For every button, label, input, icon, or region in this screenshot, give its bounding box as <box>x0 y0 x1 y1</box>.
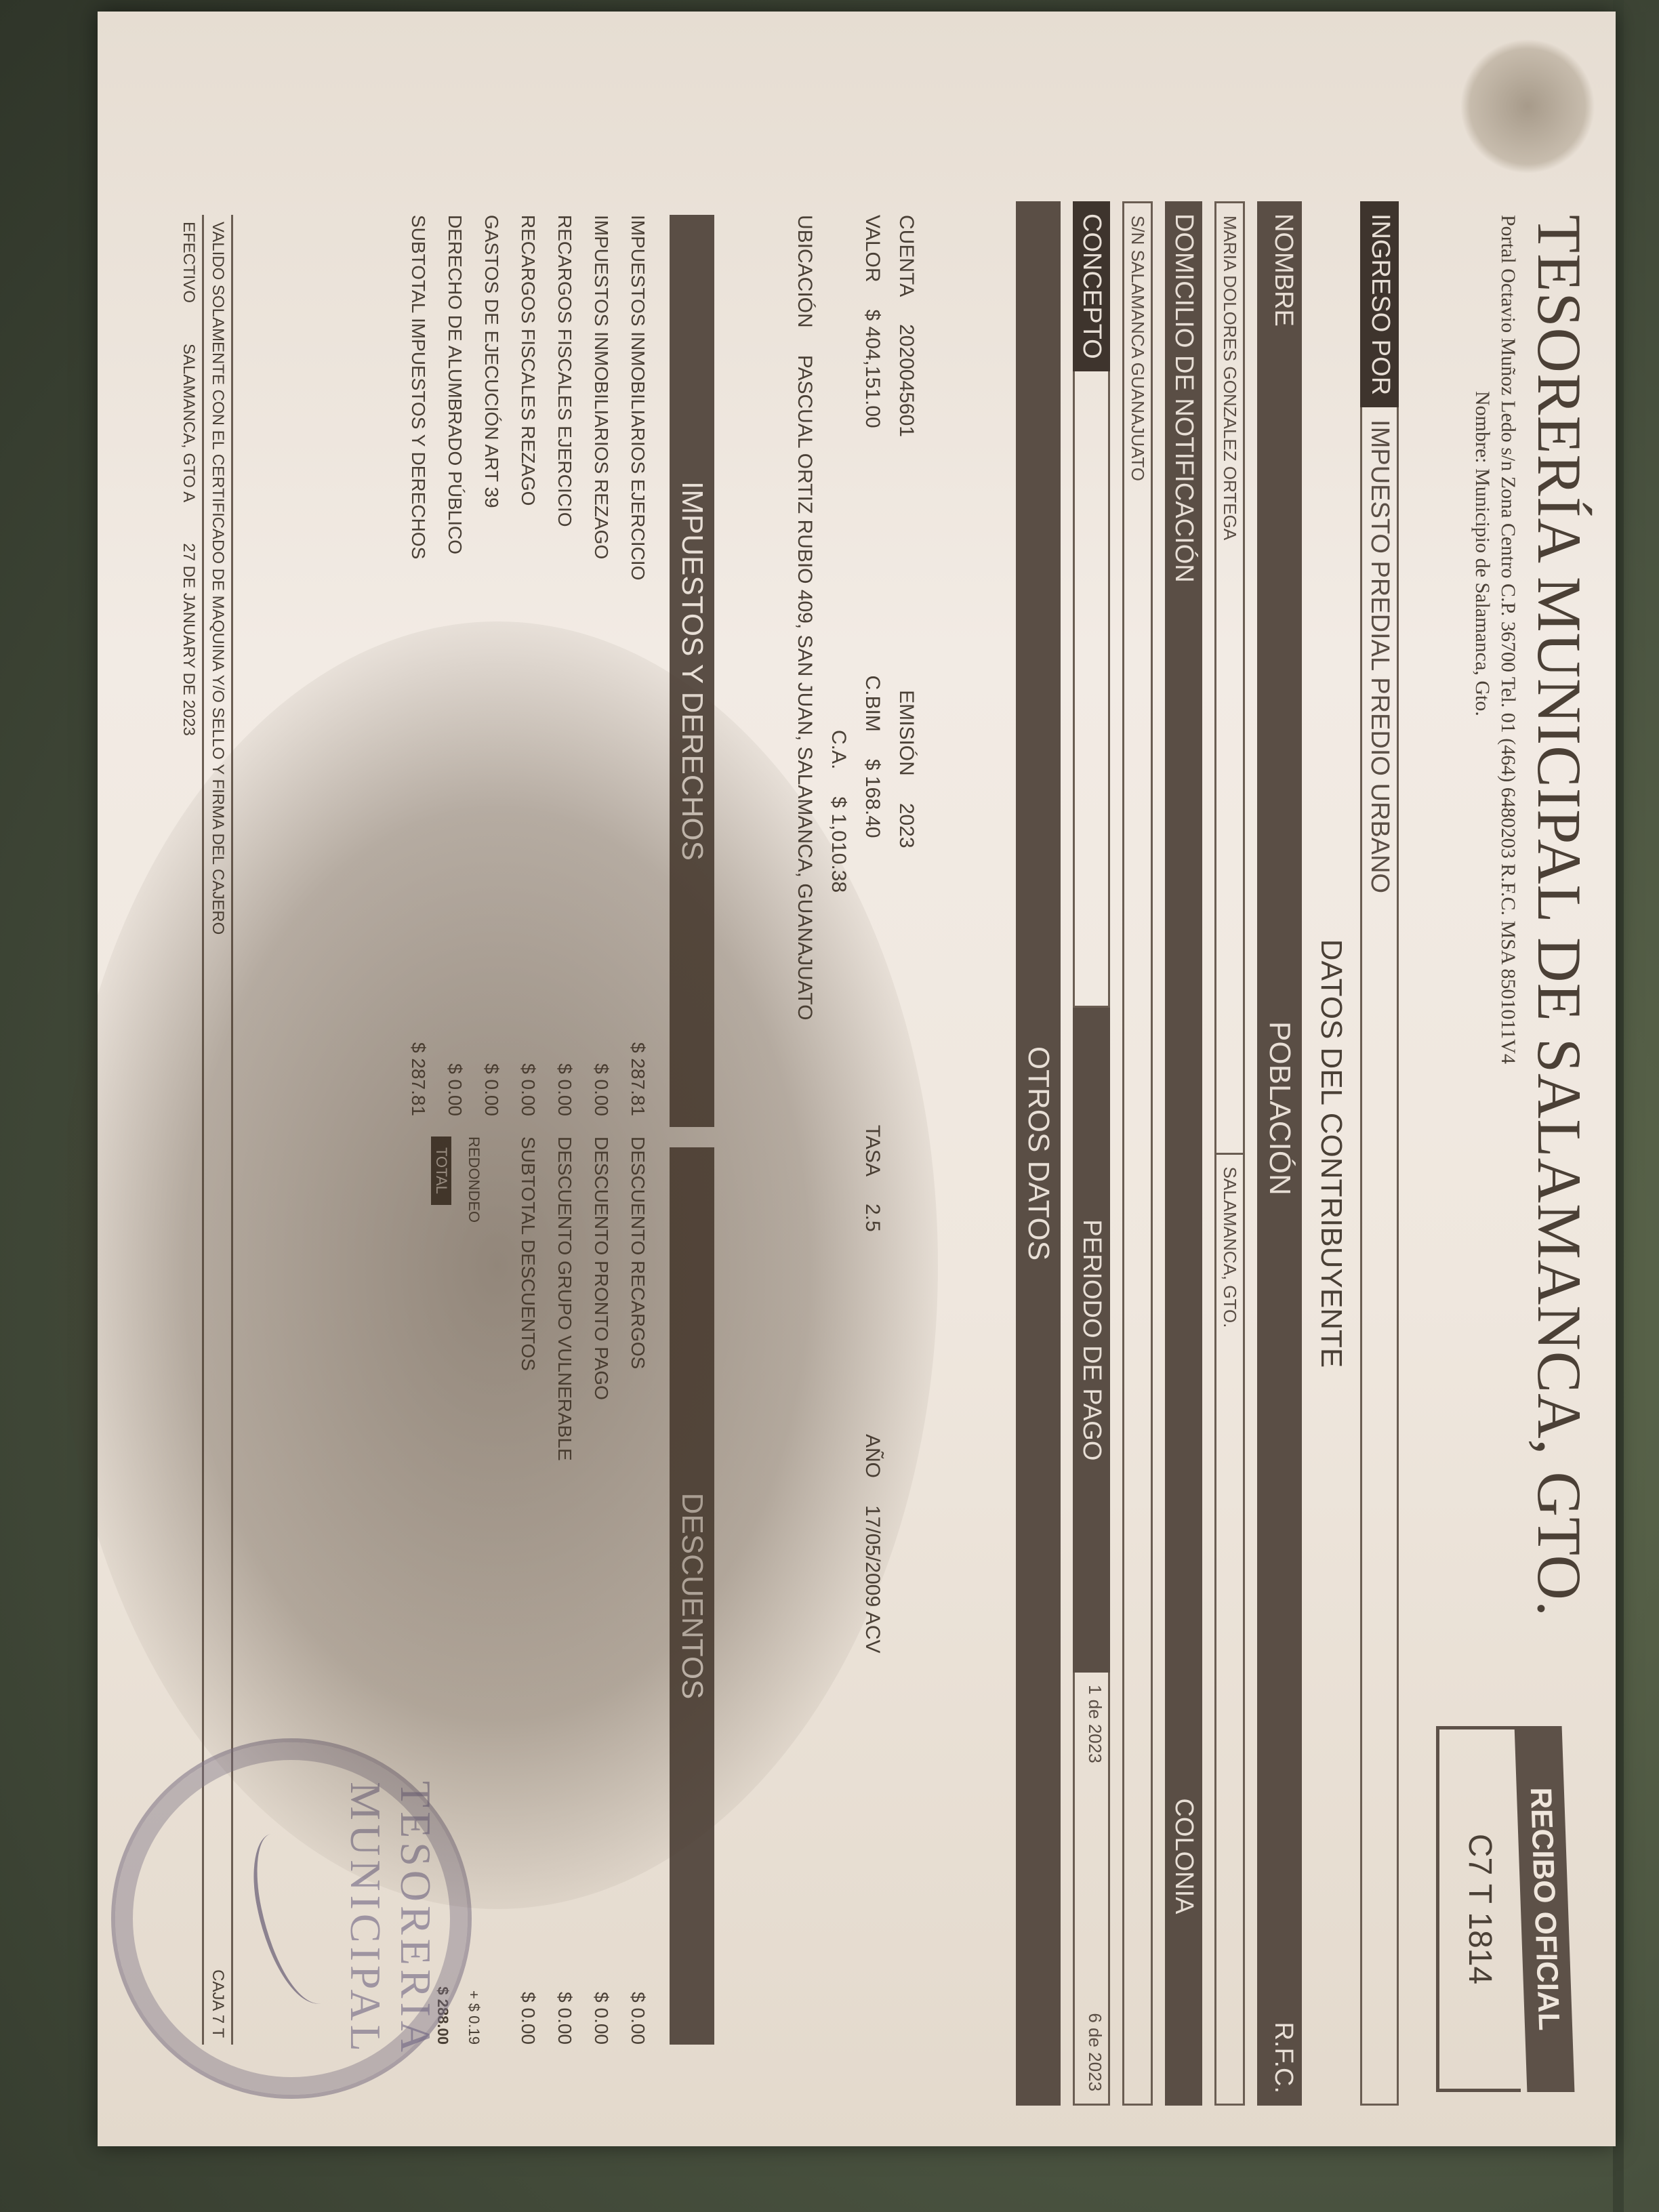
line-item-value: $ 287.81 <box>407 1042 429 1116</box>
receipt-sheet: TESORERÍA MUNICIPAL DE SALAMANCA, GTO. P… <box>98 12 1616 2146</box>
line-item-label: DESCUENTO GRUPO VULNERABLE <box>554 1136 575 1461</box>
taxpayer-form: INGRESO POR IMPUESTO PREDIAL PREDIO URBA… <box>1004 201 1399 2106</box>
validez-text: VALIDO SOLAMENTE CON EL CERTIFICADO DE M… <box>208 222 227 935</box>
ano-label: AÑO <box>861 1434 884 1478</box>
rfc-label: R.F.C. <box>1257 1878 1302 2106</box>
domicilio-row: DOMICILIO DE NOTIFICACIÓN COLONIA <box>1165 201 1202 2106</box>
receipt-label: RECIBO OFICIAL <box>1515 1726 1575 2092</box>
concepto-label: CONCEPTO <box>1073 201 1110 371</box>
valor-label: VALOR <box>861 215 884 282</box>
line-item-value: $ 0.00 <box>480 1063 502 1116</box>
line-item: DESCUENTO PRONTO PAGO$ 0.00 <box>583 1136 619 2045</box>
line-item-label: RECARGOS FISCALES REZAGO <box>517 215 539 506</box>
nombre-values-row: MARIA DOLORES GONZALEZ ORTEGA SALAMANCA,… <box>1214 201 1245 2106</box>
line-item: SUBTOTAL DESCUENTOS$ 0.00 <box>510 1136 546 2045</box>
receipt-header: TESORERÍA MUNICIPAL DE SALAMANCA, GTO. P… <box>1471 215 1595 1617</box>
redondeo-value: + $ 0.19 <box>465 1990 483 2045</box>
ca-value: $ 1,010.38 <box>827 796 850 893</box>
line-item-value: $ 0.00 <box>554 1992 575 2045</box>
redondeo-label: REDONDEO <box>465 1136 483 1223</box>
line-item-label: SUBTOTAL DESCUENTOS <box>517 1136 539 1371</box>
domicilio-label: DOMICILIO DE NOTIFICACIÓN <box>1165 201 1202 1607</box>
tasa-value: 2.5 <box>861 1204 884 1407</box>
forma-pago: EFECTIVO <box>179 222 198 303</box>
ingreso-row: INGRESO POR IMPUESTO PREDIAL PREDIO URBA… <box>1360 201 1399 2106</box>
total-label: TOTAL <box>431 1136 451 1205</box>
receipt-number-box: RECIBO OFICIAL C7 T 1814 <box>1436 1726 1568 2092</box>
seal-text: TESORERIA MUNICIPAL <box>340 1742 441 2095</box>
ubicacion-value: PASCUAL ORTIZ RUBIO 409, SAN JUAN, SALAM… <box>793 355 816 1021</box>
emision-label: EMISIÓN <box>895 690 918 776</box>
periodo-hasta: 6 de 2023 <box>1078 2013 1105 2091</box>
line-item-label: DESCUENTO PRONTO PAGO <box>590 1136 612 1400</box>
periodo-label: PERIODO DE PAGO <box>1073 1008 1110 1673</box>
periodo-desde: 1 de 2023 <box>1078 1685 1105 1763</box>
otros-datos-title: OTROS DATOS <box>1016 201 1061 2106</box>
descuentos-title: DESCUENTOS <box>670 1147 714 2045</box>
line-item-value: $ 0.00 <box>627 1992 649 2045</box>
impuestos-list: IMPUESTOS INMOBILIARIOS EJERCICIO$ 287.8… <box>400 215 656 1116</box>
receipt-number: C7 T 1814 <box>1436 1726 1521 2092</box>
poblacion-label: POBLACIÓN <box>1257 339 1302 1878</box>
line-item: DERECHO DE ALUMBRADO PÚBLICO$ 0.00 <box>436 215 473 1116</box>
ano-value: 17/05/2009 ACV <box>861 1505 884 1654</box>
treasury-title: TESORERÍA MUNICIPAL DE SALAMANCA, GTO. <box>1523 215 1595 1617</box>
colonia-label: COLONIA <box>1165 1607 1202 2106</box>
domicilio-value: S/N SALAMANCA GUANAJUATO <box>1122 201 1153 2106</box>
signature-mark <box>243 1825 350 2012</box>
line-item-label: GASTOS DE EJECUCIÓN ART 39 <box>480 215 502 508</box>
line-item: IMPUESTOS INMOBILIARIOS REZAGO$ 0.00 <box>583 215 619 1116</box>
valor-value: $ 404,151.00 <box>861 309 884 648</box>
nombre-value: MARIA DOLORES GONZALEZ ORTEGA <box>1214 201 1245 1155</box>
line-item-value: $ 0.00 <box>554 1063 575 1116</box>
otros-datos-row: OTROS DATOS <box>1016 201 1061 2106</box>
name-line: Nombre: Municipio de Salamanca, Gto. <box>1471 391 1494 1617</box>
cuenta-value: 2020045601 <box>895 324 918 663</box>
line-item-label: SUBTOTAL IMPUESTOS Y DERECHOS <box>407 215 429 559</box>
line-item: IMPUESTOS INMOBILIARIOS EJERCICIO$ 287.8… <box>619 215 656 1116</box>
poblacion-value: SALAMANCA, GTO. <box>1214 1155 1245 2106</box>
line-item: RECARGOS FISCALES REZAGO$ 0.00 <box>510 215 546 1116</box>
periodo-values: 1 de 2023 6 de 2023 <box>1073 1673 1110 2106</box>
tasa-label: TASA <box>861 1125 884 1176</box>
ca-label: C.A. <box>827 730 850 769</box>
charges-section: IMPUESTOS Y DERECHOS DESCUENTOS IMPUESTO… <box>400 215 714 2045</box>
ingreso-por-value: IMPUESTO PREDIAL PREDIO URBANO <box>1360 407 1399 2106</box>
line-item: DESCUENTO GRUPO VULNERABLE$ 0.00 <box>546 1136 583 2045</box>
ingreso-por-label: INGRESO POR <box>1360 201 1399 407</box>
nombre-label: NOMBRE <box>1257 201 1302 339</box>
line-item-value: $ 0.00 <box>590 1992 612 2045</box>
concepto-value <box>1073 371 1110 1008</box>
lugar: SALAMANCA, GTO A <box>179 344 198 502</box>
cbim-label: C.BIM <box>861 675 884 731</box>
impuestos-title: IMPUESTOS Y DERECHOS <box>670 215 714 1127</box>
valor-line: VALOR $ 404,151.00 C.BIM $ 168.40 TASA 2… <box>861 215 884 2045</box>
line-item-label: DERECHO DE ALUMBRADO PÚBLICO <box>444 215 466 554</box>
fecha: 27 DE JANUARY DE 2023 <box>179 543 198 736</box>
cuenta-line: CUENTA 2020045601 EMISIÓN 2023 <box>895 215 918 2045</box>
line-item-label: RECARGOS FISCALES EJERCICIO <box>554 215 575 527</box>
otros-datos-section: CUENTA 2020045601 EMISIÓN 2023 VALOR $ 4… <box>782 215 918 2045</box>
concepto-row: CONCEPTO PERIODO DE PAGO 1 de 2023 6 de … <box>1073 201 1110 2106</box>
line-item-value: $ 287.81 <box>627 1042 649 1116</box>
ubicacion-line: UBICACIÓN PASCUAL ORTIZ RUBIO 409, SAN J… <box>793 215 816 2045</box>
line-item-label: DESCUENTO RECARGOS <box>627 1136 649 1369</box>
nombre-row: NOMBRE POBLACIÓN R.F.C. <box>1257 201 1302 2106</box>
line-item: SUBTOTAL IMPUESTOS Y DERECHOS$ 287.81 <box>400 215 436 1116</box>
cbim-value: $ 168.40 <box>861 759 884 1098</box>
ubicacion-label: UBICACIÓN <box>793 215 816 328</box>
line-item-value: $ 0.00 <box>517 1992 539 2045</box>
section-title-row: DATOS DEL CONTRIBUYENTE <box>1314 201 1348 2106</box>
address-line: Portal Octavio Muñoz Ledo s/n Zona Centr… <box>1496 215 1519 1617</box>
cuenta-label: CUENTA <box>895 215 918 297</box>
line-item: RECARGOS FISCALES EJERCICIO$ 0.00 <box>546 215 583 1116</box>
section-title: DATOS DEL CONTRIBUYENTE <box>1314 201 1348 2106</box>
ca-line: C.A. $ 1,010.38 <box>827 730 850 2045</box>
treasury-seal-stamp: TESORERIA MUNICIPAL <box>111 1738 472 2099</box>
line-item-value: $ 0.00 <box>444 1063 466 1116</box>
emision-value: 2023 <box>895 803 918 848</box>
municipal-crest-icon <box>1460 39 1595 174</box>
descuentos-list: DESCUENTO RECARGOS$ 0.00DESCUENTO PRONTO… <box>510 1136 656 2045</box>
line-item: DESCUENTO RECARGOS$ 0.00 <box>619 1136 656 2045</box>
line-item-label: IMPUESTOS INMOBILIARIOS REZAGO <box>590 215 612 559</box>
line-item: GASTOS DE EJECUCIÓN ART 39$ 0.00 <box>473 215 510 1116</box>
domicilio-values-row: S/N SALAMANCA GUANAJUATO <box>1122 201 1153 2106</box>
line-item-value: $ 0.00 <box>590 1063 612 1116</box>
line-item-value: $ 0.00 <box>517 1063 539 1116</box>
line-item-label: IMPUESTOS INMOBILIARIOS EJERCICIO <box>627 215 649 580</box>
